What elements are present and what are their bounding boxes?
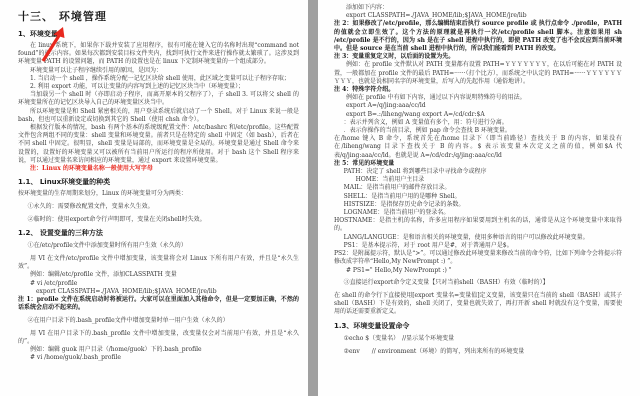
doc-para: 1. 当启动一个 shell ，操作系统分配一记忆区块给 shell 使用，此区…	[18, 75, 299, 83]
doc-para: 例如：编辑 guok 用户目录（/home/guok）下的.bash_profi…	[18, 346, 299, 354]
doc-item: ②在用户目录下的.bash_profile文件中增加变量时单一用户生效（永久的）	[18, 317, 299, 325]
page-left: 十三、 环境管理1、环境变量在 linux 系统下，如果你下载并安装了应用程序，…	[0, 0, 308, 396]
note-5: 注 5：常见的环境变量	[334, 160, 622, 168]
doc-para-flush: 按环境变量的生存周期来划分，Linux 的环境变量可分为两类：	[18, 190, 299, 198]
note-2: 注 2：如果修改了/etc/profile，那么编辑结束后执行 source p…	[334, 20, 622, 53]
doc-item: ①在/etc/profile文件中添加变量时所有用户生效（永久的）	[18, 242, 299, 250]
doc-code: export A=/q/jing:aaa/cc/ld	[334, 102, 622, 110]
doc-def: MAIL：是指当前用户的邮件存放目录。	[334, 184, 622, 192]
doc-def: ：表示并列含义，例如 A 变量值有多个，用：符号进行分离。	[334, 119, 622, 127]
doc-para: 环境变量可以让子程序继续引用的原因，是因为：	[18, 67, 299, 75]
chapter-title: 十三、 环境管理	[18, 10, 299, 23]
doc-para: 当加载另一个 shell 时（亦即启动子程序，而离开原本的父程序了），子 she…	[18, 91, 299, 107]
doc-code: # PS1=" Hello,My NewPrompt :) "	[334, 267, 622, 275]
doc-para-flush: HOSTNAME：是指主机的名称，许多应用程序如果要用到主机名的话，通常是从这个…	[334, 217, 622, 233]
doc-item: ①永久的：需要修改配置文件，变量永久生效。	[18, 203, 299, 211]
doc-def: LANG/LANGUGE：是和语言相关的环境变量，使用多种语言的用户可以修改此环…	[334, 234, 622, 242]
doc-para: 例如：在 profile 文件默认对 PATH 变量都有设置 PATH=ＹＹＹＹ…	[334, 61, 622, 86]
doc-para-flush: 在 shell 的命令行下直接使用[export 变量名=变量值]定义变量，该变…	[334, 292, 622, 317]
doc-code: # vi /etc/profile	[18, 280, 299, 288]
doc-para-flush: 在/home 键入 B 命令，系统首先在/home 目录下（即当前路径）查找关于…	[334, 135, 622, 160]
doc-item: ②临时的：使用export命令行声明即可，变量在关闭shell时失效。	[18, 216, 299, 224]
doc-para: 用 VI 在用户目录下的.bash_profile 文件中增加变量，改变量仅会对…	[18, 330, 299, 346]
page-right: 添加如下内容：export CLASSPATH=./JAVA_HOME/lib;…	[318, 0, 640, 396]
doc-para-flush: PS2：是附属提示符，默认是“>”。可以通过修改此环境变量来修改当前的命令符，比…	[334, 250, 622, 266]
doc-def: PS1：是基本提示符，对于 root 用户是#，对于普通用户是$。	[334, 242, 622, 250]
section-heading-1-3: 1.3、环境变量设置命令	[334, 322, 622, 331]
doc-code: # vi /home/guok/.bash_profile	[18, 354, 299, 362]
doc-para: 在 linux 系统下，如果你下载并安装了应用程序，很有可能在键入它的名称时出现…	[18, 42, 299, 67]
section-heading-1-1: 1.1、 Linux环境变量的种类	[18, 178, 299, 187]
doc-def: HISTSIZE：是指保存历史命令记录的条数。	[334, 201, 622, 209]
doc-para: 例如在 profile 中有如下内容，通过以下内容说明特殊符号的用法。	[334, 94, 622, 102]
doc-code2: export CLASSPATH=./JAVA_HOME/lib;$JAVA_H…	[18, 288, 299, 296]
doc-para: 所以环境变量是和 Shell 紧密相关的，用户登录系统后就启动了一个 Shell…	[18, 108, 299, 124]
doc-item: ②env // environment（环境）的简写，列出来所有的环境变量	[334, 348, 622, 356]
doc-para: 添加如下内容：	[334, 4, 622, 12]
doc-item: ③直接运行export命令定义变量【只对当前shell（BASH）有效（临时的）…	[334, 279, 622, 287]
doc-para: 例如：编辑/etc/profile 文件，添加CLASSPATH 变量	[18, 271, 299, 279]
doc-para: 用 VI 在文件/etc/profile 文件中增加变量，该变量将会对 Linu…	[18, 255, 299, 271]
doc-para: 根据发行版本的情况，bash 有两个基本的系统级配置文件：/etc/bashrc…	[18, 124, 299, 165]
section-heading-1: 1、环境变量	[18, 30, 299, 39]
red-note-uppercase: 注：Linux 的环境变量名称一般使用大写字母	[18, 165, 299, 173]
doc-def: SHELL：是指当前用户用的是哪种 Shell。	[334, 193, 622, 201]
note-1: 注 1：profile 文件在系统启动时将被运行。大家可以在里面加入其他命令，但…	[18, 296, 299, 312]
doc-code: export B=.:/liheng/wang export A=/cd/cdr…	[334, 111, 622, 119]
note-4: 注 4：特殊字符介绍。	[334, 86, 622, 94]
section-heading-1-2: 1.2、 设置变量的三种方法	[18, 229, 299, 238]
doc-item: ①echo $（变量名） //显示某个环境变量	[334, 335, 622, 343]
doc-para: 2. 利用 export 功能，可以让变量的内容写到上述的记忆区块当中（环境变量…	[18, 83, 299, 91]
